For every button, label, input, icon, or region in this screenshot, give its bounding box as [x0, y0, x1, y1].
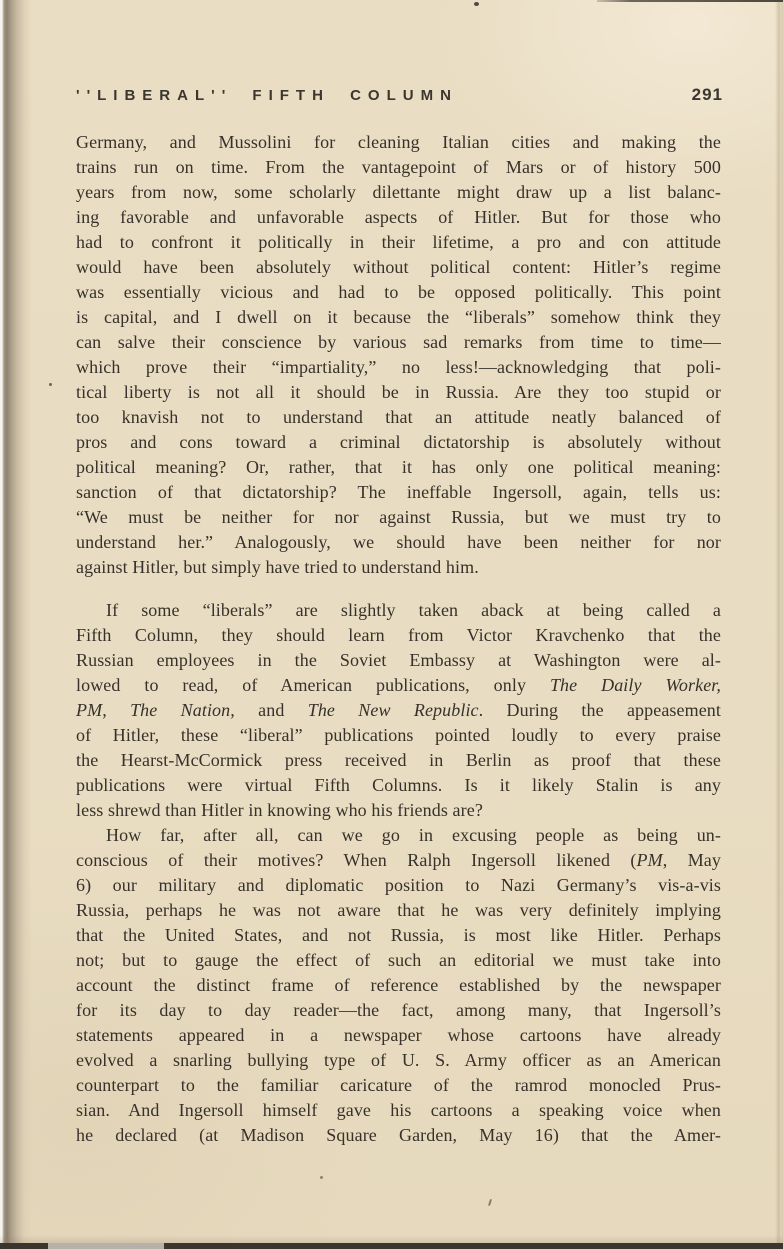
- text-run: publications were virtual Fifth Columns.…: [76, 775, 721, 795]
- ink-speck: [49, 383, 52, 386]
- text-line: lowed to read, of American publications,…: [76, 673, 721, 698]
- text-run: If some “liberals” are slightly taken ab…: [106, 600, 721, 620]
- text-run: The New Republic: [308, 700, 479, 720]
- text-run: too knavish not to understand that an at…: [76, 407, 721, 427]
- text-run: account the distinct frame of reference …: [76, 975, 721, 995]
- text-line: less shrewd than Hitler in knowing who h…: [76, 798, 721, 823]
- ink-speck: [488, 1199, 492, 1206]
- text-run: The Daily Worker,: [550, 675, 721, 695]
- text-run: not; but to gauge the effect of such an …: [76, 950, 721, 970]
- text-line: is capital, and I dwell on it because th…: [76, 305, 721, 330]
- text-line: Russia, perhaps he was not aware that he…: [76, 898, 721, 923]
- text-line: PM, The Nation, and The New Republic. Du…: [76, 698, 721, 723]
- text-line: years from now, some scholarly dilettant…: [76, 180, 721, 205]
- text-line: How far, after all, can we go in excusin…: [76, 823, 721, 848]
- text-line: If some “liberals” are slightly taken ab…: [76, 598, 721, 623]
- text-run: years from now, some scholarly dilettant…: [76, 182, 721, 202]
- text-run: ing favorable and unfavorable aspects of…: [76, 207, 721, 227]
- paragraph: If some “liberals” are slightly taken ab…: [76, 598, 721, 823]
- text-run: was essentially vicious and had to be op…: [76, 282, 721, 302]
- text-run: the Hearst-McCormick press received in B…: [76, 750, 721, 770]
- text-run: counterpart to the familiar caricature o…: [76, 1075, 721, 1095]
- text-run: sian. And Ingersoll himself gave his car…: [76, 1100, 721, 1120]
- text-run: PM, The Nation,: [76, 700, 235, 720]
- text-run: tical liberty is not all it should be in…: [76, 382, 721, 402]
- running-head: ''LIBERAL'' FIFTH COLUMN 291: [76, 85, 723, 105]
- text-run: political meaning? Or, rather, that it h…: [76, 457, 721, 477]
- text-run: which prove their “impartiality,” no les…: [76, 357, 721, 377]
- text-line: “We must be neither for nor against Russ…: [76, 505, 721, 530]
- text-run: can salve their conscience by various sa…: [76, 332, 721, 352]
- text-run: sanction of that dictatorship? The ineff…: [76, 482, 721, 502]
- text-run: How far, after all, can we go in excusin…: [106, 825, 721, 845]
- text-line: statements appeared in a newspaper whose…: [76, 1023, 721, 1048]
- text-run: “We must be neither for nor against Russ…: [76, 507, 721, 527]
- text-line: which prove their “impartiality,” no les…: [76, 355, 721, 380]
- text-run: statements appeared in a newspaper whose…: [76, 1025, 721, 1045]
- text-line: against Hitler, but simply have tried to…: [76, 555, 721, 580]
- bottom-page-shadow: [0, 1235, 783, 1243]
- text-line: ing favorable and unfavorable aspects of…: [76, 205, 721, 230]
- text-run: of Hitler, these “liberal” publications …: [76, 725, 721, 745]
- text-run: for its day to day reader—the fact, amon…: [76, 1000, 721, 1020]
- text-run: pros and cons toward a criminal dictator…: [76, 432, 721, 452]
- text-run: Germany, and Mussolini for cleaning Ital…: [76, 132, 721, 152]
- ink-speck: [320, 1176, 323, 1179]
- text-line: 6) our military and diplomatic position …: [76, 873, 721, 898]
- text-run: against Hitler, but simply have tried to…: [76, 557, 479, 577]
- text-run: would have been absolutely without polit…: [76, 257, 721, 277]
- bottom-scan-edge: [0, 1243, 783, 1249]
- right-page-edge: [775, 0, 783, 1249]
- text-run: 6) our military and diplomatic position …: [76, 875, 721, 895]
- ink-speck: [474, 2, 479, 6]
- text-run: Russian employees in the Soviet Embassy …: [76, 650, 721, 670]
- text-run: understand her.” Analogously, we should …: [76, 532, 721, 552]
- text-line: for its day to day reader—the fact, amon…: [76, 998, 721, 1023]
- text-line: sian. And Ingersoll himself gave his car…: [76, 1098, 721, 1123]
- text-run: evolved a snarling bullying type of U. S…: [76, 1050, 721, 1070]
- scanned-book-page: { "header": { "title": "''LIBERAL'' FIFT…: [0, 0, 783, 1249]
- text-run: lowed to read, of American publications,…: [76, 675, 550, 695]
- text-line: counterpart to the familiar caricature o…: [76, 1073, 721, 1098]
- left-page-edge: [0, 0, 32, 1249]
- text-line: account the distinct frame of reference …: [76, 973, 721, 998]
- text-line: too knavish not to understand that an at…: [76, 405, 721, 430]
- text-line: had to confront it politically in their …: [76, 230, 721, 255]
- text-run: trains run on time. From the vantagepoin…: [76, 157, 721, 177]
- text-run: less shrewd than Hitler in knowing who h…: [76, 800, 483, 820]
- text-line: of Hitler, these “liberal” publications …: [76, 723, 721, 748]
- text-line: not; but to gauge the effect of such an …: [76, 948, 721, 973]
- text-line: understand her.” Analogously, we should …: [76, 530, 721, 555]
- page-number: 291: [692, 85, 723, 105]
- text-run: Russia, perhaps he was not aware that he…: [76, 900, 721, 920]
- text-line: pros and cons toward a criminal dictator…: [76, 430, 721, 455]
- text-line: Russian employees in the Soviet Embassy …: [76, 648, 721, 673]
- text-line: tical liberty is not all it should be in…: [76, 380, 721, 405]
- text-line: Germany, and Mussolini for cleaning Ital…: [76, 130, 721, 155]
- text-line: Fifth Column, they should learn from Vic…: [76, 623, 721, 648]
- text-run: and: [235, 700, 308, 720]
- text-run: PM: [637, 850, 663, 870]
- text-line: conscious of their motives? When Ralph I…: [76, 848, 721, 873]
- text-run: . During the appeasement: [479, 700, 721, 720]
- text-line: publications were virtual Fifth Columns.…: [76, 773, 721, 798]
- text-line: the Hearst-McCormick press received in B…: [76, 748, 721, 773]
- text-run: that the United States, and not Russia, …: [76, 925, 721, 945]
- text-line: evolved a snarling bullying type of U. S…: [76, 1048, 721, 1073]
- text-line: was essentially vicious and had to be op…: [76, 280, 721, 305]
- chapter-title: ''LIBERAL'' FIFTH COLUMN: [76, 87, 458, 104]
- text-line: trains run on time. From the vantagepoin…: [76, 155, 721, 180]
- text-run: , May: [663, 850, 721, 870]
- paragraph: How far, after all, can we go in excusin…: [76, 823, 721, 1148]
- text-line: would have been absolutely without polit…: [76, 255, 721, 280]
- text-run: had to confront it politically in their …: [76, 232, 721, 252]
- text-run: conscious of their motives? When Ralph I…: [76, 850, 637, 870]
- paragraph: Germany, and Mussolini for cleaning Ital…: [76, 130, 721, 580]
- top-scan-edge-line: [597, 0, 783, 2]
- text-run: Fifth Column, they should learn from Vic…: [76, 625, 721, 645]
- text-line: sanction of that dictatorship? The ineff…: [76, 480, 721, 505]
- text-run: he declared (at Madison Square Garden, M…: [76, 1125, 721, 1145]
- body-text: Germany, and Mussolini for cleaning Ital…: [76, 130, 721, 1148]
- bottom-scan-edge-highlight: [48, 1243, 164, 1249]
- text-line: political meaning? Or, rather, that it h…: [76, 455, 721, 480]
- text-run: is capital, and I dwell on it because th…: [76, 307, 721, 327]
- text-line: can salve their conscience by various sa…: [76, 330, 721, 355]
- text-line: that the United States, and not Russia, …: [76, 923, 721, 948]
- text-line: he declared (at Madison Square Garden, M…: [76, 1123, 721, 1148]
